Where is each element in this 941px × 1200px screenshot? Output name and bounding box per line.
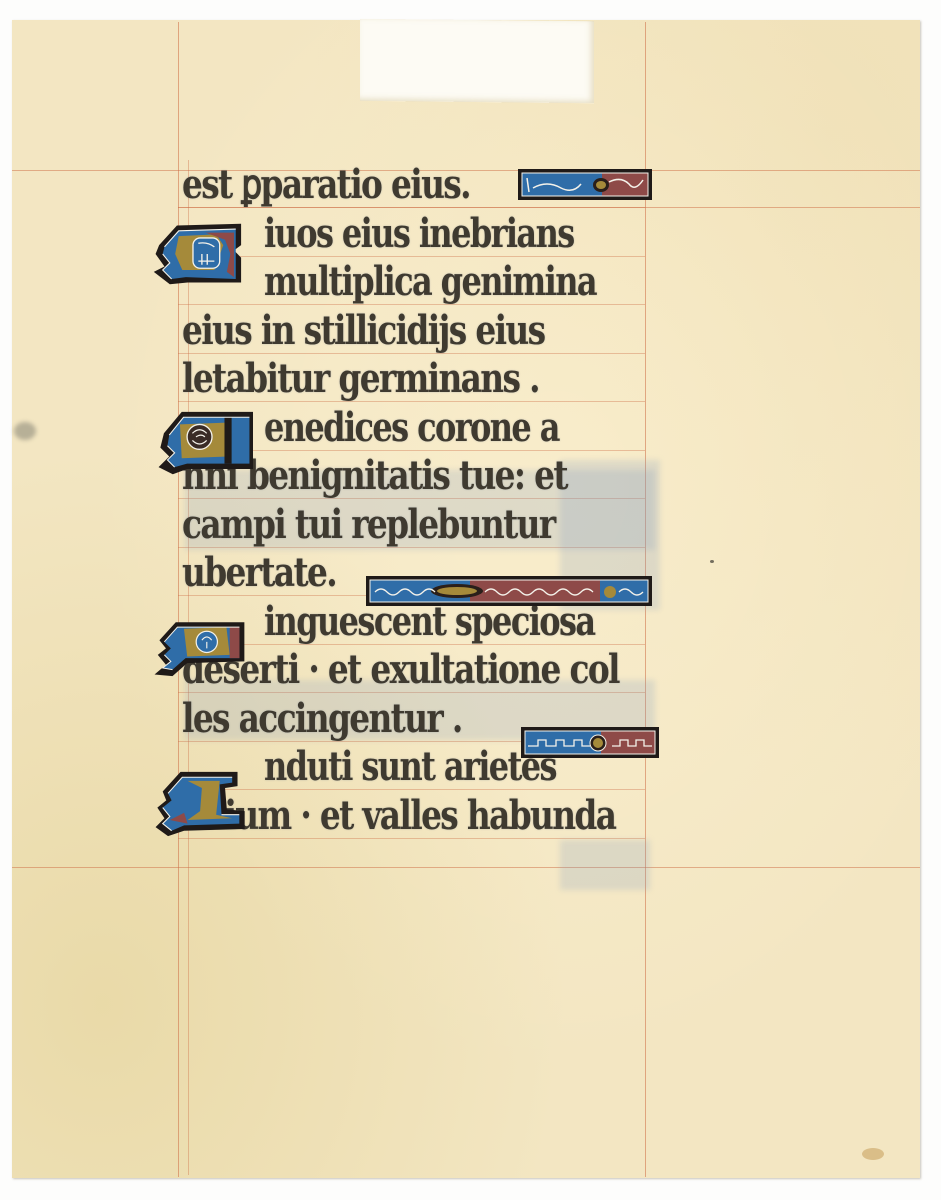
line-filler-1-icon: [517, 168, 653, 202]
initial-B-icon: [155, 408, 253, 480]
line-filler-3-icon: [520, 726, 660, 760]
text-line: est ꝑparatio eius.: [182, 160, 470, 210]
stain-left-edge: [14, 422, 36, 440]
line-filler-2-icon: [365, 574, 653, 608]
text-line: nduti sunt arietes: [264, 742, 556, 792]
text-line: eius in stillicidijs eius: [182, 306, 544, 356]
text-line: multiplica genimina: [264, 257, 596, 307]
speck-right: [710, 560, 714, 563]
text-line: campi tui replebuntur: [182, 500, 555, 550]
initial-I-icon: [152, 768, 250, 840]
stain-bottom-right: [862, 1148, 884, 1160]
text-line: iuos eius inebrians: [264, 209, 574, 259]
initial-P-icon: [148, 614, 246, 686]
mounting-hinge-tab: [360, 19, 594, 103]
ruling-bottom: [12, 867, 920, 868]
text-line: letabitur germinans .: [182, 354, 539, 404]
text-line: enedices corone a: [264, 403, 559, 453]
text-line: ubertate.: [182, 548, 336, 598]
initial-R-icon: [152, 218, 250, 290]
text-line: les accingentur .: [182, 694, 462, 744]
ruling-left-outer: [178, 22, 179, 1177]
show-through: [560, 840, 650, 890]
text-line: deserti · et exultatione col: [182, 645, 619, 695]
